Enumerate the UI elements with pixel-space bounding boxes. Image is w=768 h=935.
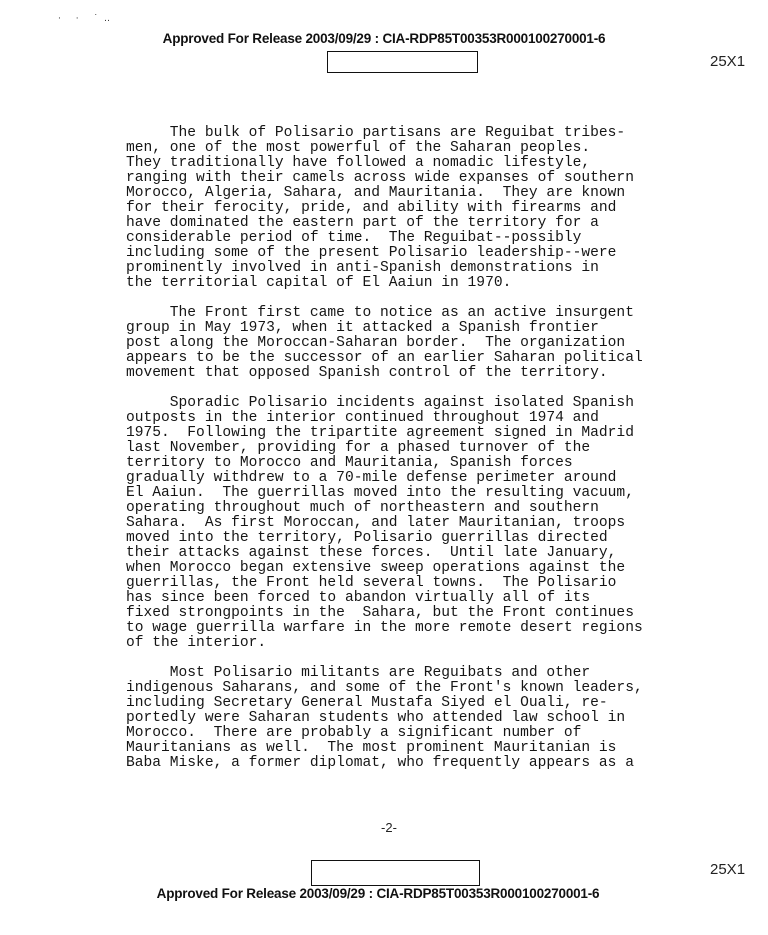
text-line: post along the Moroccan-Saharan border. … <box>126 336 686 351</box>
paragraph: Most Polisario militants are Reguibats a… <box>126 666 686 771</box>
text-line: Sahara. As first Moroccan, and later Mau… <box>126 516 686 531</box>
redaction-box-top <box>327 51 478 73</box>
text-line: considerable period of time. The Reguiba… <box>126 231 686 246</box>
text-line: Most Polisario militants are Reguibats a… <box>126 666 686 681</box>
text-line: appears to be the successor of an earlie… <box>126 351 686 366</box>
text-line: Mauritanians as well. The most prominent… <box>126 741 686 756</box>
text-line: gradually withdrew to a 70-mile defense … <box>126 471 686 486</box>
text-line: Morocco. There are probably a significan… <box>126 726 686 741</box>
scan-specks: · · ˙‥ <box>58 14 116 24</box>
text-line: including Secretary General Mustafa Siye… <box>126 696 686 711</box>
text-line: men, one of the most powerful of the Sah… <box>126 141 686 156</box>
text-line: ranging with their camels across wide ex… <box>126 171 686 186</box>
text-line: for their ferocity, pride, and ability w… <box>126 201 686 216</box>
text-line: portedly were Saharan students who atten… <box>126 711 686 726</box>
text-line: Sporadic Polisario incidents against iso… <box>126 396 686 411</box>
text-line: indigenous Saharans, and some of the Fro… <box>126 681 686 696</box>
text-line: territory to Morocco and Mauritania, Spa… <box>126 456 686 471</box>
text-line: to wage guerrilla warfare in the more re… <box>126 621 686 636</box>
text-line: The bulk of Polisario partisans are Regu… <box>126 126 686 141</box>
document-body: The bulk of Polisario partisans are Regu… <box>126 126 686 786</box>
exemption-code-bottom: 25X1 <box>710 861 745 878</box>
text-line: have dominated the eastern part of the t… <box>126 216 686 231</box>
text-line: outposts in the interior continued throu… <box>126 411 686 426</box>
text-line: has since been forced to abandon virtual… <box>126 591 686 606</box>
text-line: 1975. Following the tripartite agreement… <box>126 426 686 441</box>
text-line: moved into the territory, Polisario guer… <box>126 531 686 546</box>
exemption-code-top: 25X1 <box>710 53 745 70</box>
text-line: movement that opposed Spanish control of… <box>126 366 686 381</box>
release-header: Approved For Release 2003/09/29 : CIA-RD… <box>0 31 768 46</box>
text-line: including some of the present Polisario … <box>126 246 686 261</box>
text-line: of the interior. <box>126 636 686 651</box>
text-line: Morocco, Algeria, Sahara, and Mauritania… <box>126 186 686 201</box>
text-line: fixed strongpoints in the Sahara, but th… <box>126 606 686 621</box>
text-line: The Front first came to notice as an act… <box>126 306 686 321</box>
text-line: Baba Miske, a former diplomat, who frequ… <box>126 756 686 771</box>
text-line: They traditionally have followed a nomad… <box>126 156 686 171</box>
page-number: -2- <box>0 820 768 835</box>
text-line: last November, providing for a phased tu… <box>126 441 686 456</box>
text-line: guerrillas, the Front held several towns… <box>126 576 686 591</box>
release-footer: Approved For Release 2003/09/29 : CIA-RD… <box>0 886 762 901</box>
text-line: the territorial capital of El Aaiun in 1… <box>126 276 686 291</box>
text-line: their attacks against these forces. Unti… <box>126 546 686 561</box>
paragraph: The bulk of Polisario partisans are Regu… <box>126 126 686 291</box>
paragraph: Sporadic Polisario incidents against iso… <box>126 396 686 651</box>
text-line: prominently involved in anti-Spanish dem… <box>126 261 686 276</box>
text-line: group in May 1973, when it attacked a Sp… <box>126 321 686 336</box>
redaction-box-bottom <box>311 860 480 886</box>
text-line: El Aaiun. The guerrillas moved into the … <box>126 486 686 501</box>
text-line: when Morocco began extensive sweep opera… <box>126 561 686 576</box>
text-line: operating throughout much of northeaster… <box>126 501 686 516</box>
paragraph: The Front first came to notice as an act… <box>126 306 686 381</box>
